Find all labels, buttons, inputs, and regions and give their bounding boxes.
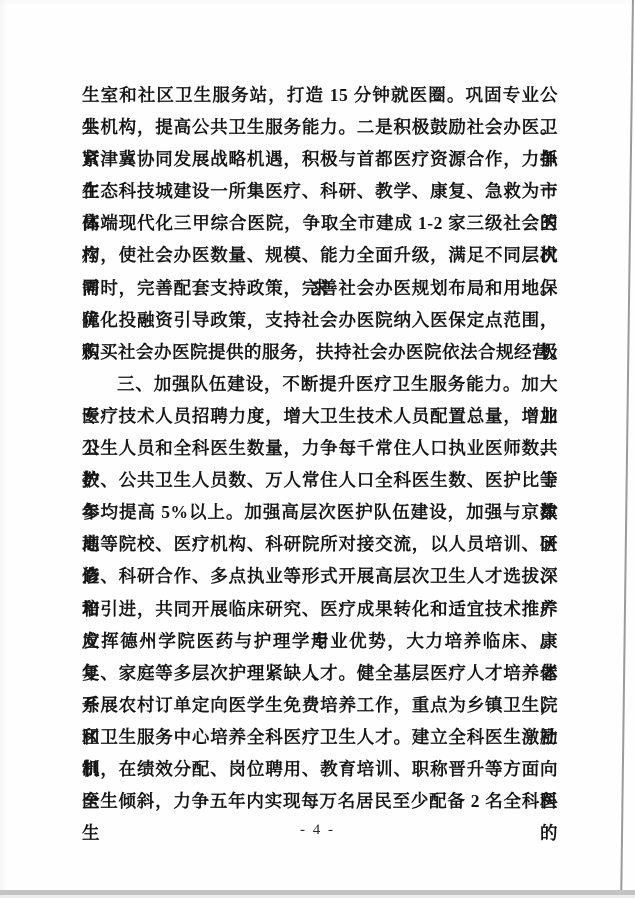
text-line: 制，在绩效分配、岗位聘用、教育培训、职称晋升等方面向全科 [82, 753, 558, 785]
text-line: 购买社会办医院提供的服务，扶持社会办医院依法合规经营。 [82, 336, 558, 368]
text-line: 造、科研合作、多点执业等形式开展高层次卫生人才选拔、培养 [82, 560, 558, 592]
text-line: 年均提高 5%以上。加强高层次医护队伍建设，加强与京津地区 [82, 496, 558, 528]
text-line: 卫生人员和全科医生数量，力争每千常住人口执业医师数、护士 [82, 432, 558, 464]
section-heading: 三、加强队伍建设，不断提升医疗卫生服务能力。 [82, 374, 521, 394]
text-line: 同时，完善配套支持政策，完善社会办医规划布局和用地保障， [82, 272, 558, 304]
text-line: 优化投融资引导政策，支持社会办医院纳入医保定点范围，积极 [82, 304, 558, 336]
scan-edge-right [620, 0, 634, 898]
page-number: - 4 - [0, 820, 635, 840]
document-lines: 生室和社区卫生服务站，打造 15 分钟就医圈。巩固专业公共卫生机构，提高公共卫生… [82, 79, 558, 817]
text-line: 京津冀协同发展战略机遇，积极与首都医疗资源合作，力争在市 [82, 143, 558, 175]
text-line: 发挥德州学院医药与护理学专业优势，大力培养临床、康复、老 [82, 625, 558, 657]
text-line: 构，使社会办医数量、规模、能力全面升级，满足不同层次需求。 [82, 239, 558, 271]
text-line: 高端现代化三甲综合医院，争取全市建成 1-2 家三级社会医疗机 [82, 207, 558, 239]
text-line: 医疗技术人员招聘力度，增大卫生技术人员配置总量，增加公共 [82, 400, 558, 432]
text-line: 年、家庭等多层次护理紧缺人才。健全基层医疗人才培养体系， [82, 657, 558, 689]
body-text: 购买社会办医院提供的服务，扶持社会办医院依法合规经营。 [82, 342, 568, 362]
text-line: 医生倾斜，力争五年内实现每万名居民至少配备 2 名全科医生的 [82, 785, 558, 817]
text-line: 生室和社区卫生服务站，打造 15 分钟就医圈。巩固专业公共卫 [82, 79, 558, 111]
text-line: 生态科技城建设一所集医疗、科研、教学、康复、急救为一体的 [82, 175, 558, 207]
text-line: 生机构，提高公共卫生服务能力。二是积极鼓励社会办医。紧抓 [82, 111, 558, 143]
text-line: 和引进，共同开展临床研究、医疗成果转化和适宜技术推广应用。 [82, 593, 558, 625]
text-line: 开展农村订单定向医学生免费培养工作，重点为乡镇卫生院和社 [82, 689, 558, 721]
text-line: 区卫生服务中心培养全科医疗卫生人才。建立全科医生激励机 [82, 721, 558, 753]
scanned-document-page: 生室和社区卫生服务站，打造 15 分钟就医圈。巩固专业公共卫生机构，提高公共卫生… [0, 0, 635, 898]
text-line: 高等院校、医疗机构、科研院所对接交流，以人员培训、研修深 [82, 528, 558, 560]
text-line: 数、公共卫生人员数、万人常住人口全科医生数、医护比等参数 [82, 464, 558, 496]
text-line: 三、加强队伍建设，不断提升医疗卫生服务能力。加大专业 [82, 368, 558, 400]
